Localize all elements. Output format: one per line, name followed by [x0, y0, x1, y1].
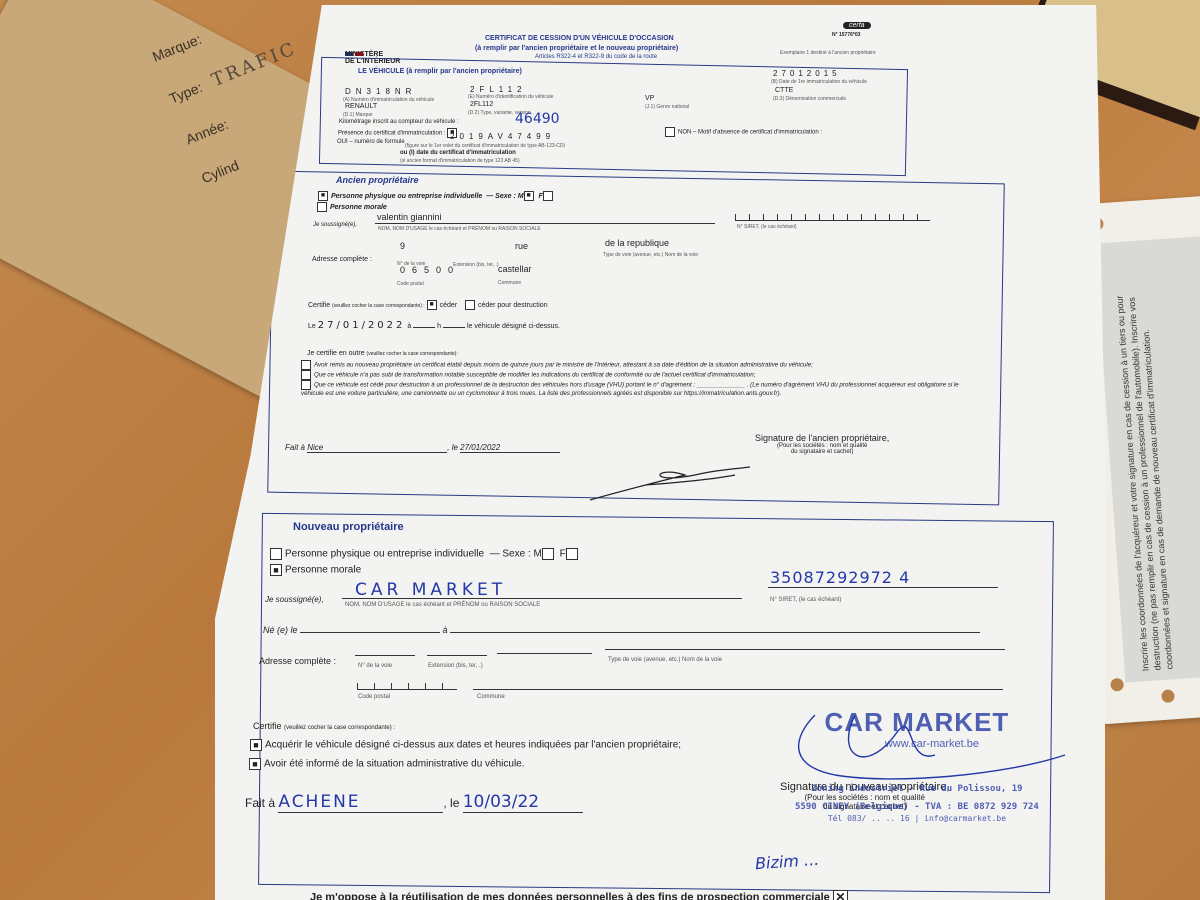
new-address-label: Adresse complète : [259, 656, 336, 666]
type-variant-field[interactable]: 2FL112 [470, 101, 493, 108]
envelope-label-type: Type: [167, 79, 205, 107]
former-date-row: Le 27/01/2022 à h le véhicule désigné ci… [308, 320, 560, 331]
certificate-presence: Présence du certificat d'immatriculation… [338, 128, 460, 138]
new-done-row: Fait à ACHENE, le 10/03/22 [245, 792, 583, 813]
former-certify-row: Certifie (veuillez cocher la case corres… [308, 300, 548, 310]
former-siret-field[interactable] [735, 214, 930, 221]
optout-checkbox[interactable]: ✕ [833, 890, 848, 900]
former-undersigned-label: Je soussigné(e), [313, 222, 357, 228]
former-street-label: Type de voie (avenue, etc.) Nom de la vo… [603, 252, 698, 258]
brand-label: (D.1) Marque [343, 112, 372, 118]
formula-number-field[interactable]: 2019AV47499 [450, 132, 555, 141]
additionally-heading: Je certifie en outre (veuillez cocher la… [307, 350, 458, 357]
new-born-place[interactable] [450, 632, 980, 633]
cede-destruction-checkbox[interactable] [465, 300, 475, 310]
former-postal-code-label: Code postal [397, 281, 424, 287]
new-name-field[interactable]: CAR MARKET [355, 580, 506, 600]
first-registration-date-field[interactable]: 27012015 [773, 69, 841, 78]
new-street-type[interactable] [497, 645, 592, 654]
formula-note: (figure sur le 1er volet du certificat d… [405, 143, 565, 149]
new-city[interactable] [473, 681, 1003, 690]
no-certificate-option[interactable]: NON – Motif d'absence de certificat d'im… [665, 127, 822, 137]
former-legal-person[interactable]: Personne morale [317, 202, 387, 212]
vin-field[interactable]: 2FL112 [470, 85, 527, 94]
former-date-field[interactable]: 27/01/2022 [318, 320, 406, 331]
new-street-label: Type de voie (avenue, etc.) Nom de la vo… [608, 657, 722, 663]
new-extension[interactable] [427, 647, 487, 656]
cerfa-badge: cerfa [843, 22, 871, 29]
cession-certificate-form: MINISTÈRE DE L'INTÉRIEUR CERTIFICAT DE C… [215, 5, 1105, 900]
new-siret-label: N° SIRET, (le cas échéant) [770, 597, 841, 603]
optout-row[interactable]: Je m'oppose à la réutilisation de mes do… [310, 890, 851, 900]
new-sex-f-checkbox[interactable] [566, 548, 578, 560]
registration-field[interactable]: DN318NR [345, 87, 416, 96]
brand-field[interactable]: RENAULT [345, 103, 377, 110]
new-legal-person[interactable]: ■Personne morale [270, 564, 361, 576]
yes-label: OUI – numéro de formule [337, 139, 405, 145]
former-street-type[interactable]: rue [515, 241, 528, 251]
extra-cert-1[interactable]: Avoir remis au nouveau propriétaire un c… [301, 360, 961, 370]
new-extension-label: Extension (bis, ter, .) [428, 663, 483, 669]
vin-label: (E) Numéro d'identification du véhicule [468, 94, 553, 100]
former-name-note: NOM, NOM D'USAGE le cas échéant et PRÉNO… [378, 226, 541, 232]
former-sex-f-checkbox[interactable] [543, 191, 553, 201]
former-city-label: Commune [498, 280, 521, 286]
new-street-number-label: N° de la voie [358, 663, 392, 669]
former-name-field[interactable]: valentin giannini [377, 212, 717, 222]
form-title: CERTIFICAT DE CESSION D'UN VÉHICULE D'OC… [485, 35, 674, 42]
new-siret-field[interactable]: 35087292972 4 [770, 568, 910, 587]
new-cert-acquire[interactable]: ■Acquérir le véhicule désigné ci-dessus … [250, 739, 681, 751]
former-siret-label: N° SIRET, (le cas échéant) [737, 224, 797, 230]
former-sex-m-checkbox[interactable]: ■ [524, 191, 534, 201]
new-legal-checkbox[interactable]: ■ [270, 564, 282, 576]
former-street-number[interactable]: 9 [400, 241, 405, 251]
new-physical-person[interactable]: Personne physique ou entreprise individu… [270, 548, 581, 560]
new-done-on[interactable]: 10/03/22 [463, 792, 583, 813]
new-postal-code[interactable] [357, 683, 457, 690]
former-done-row: Fait à Nice, le 27/01/2022 [285, 443, 560, 453]
new-owner-title: Nouveau propriétaire [290, 521, 407, 533]
mileage-field[interactable]: 46490 [515, 111, 560, 127]
former-physical-person[interactable]: ■Personne physique ou entreprise individ… [318, 191, 556, 201]
former-physical-checkbox[interactable]: ■ [318, 191, 328, 201]
envelope-type-value: TRAFIC [209, 38, 300, 91]
form-subtitle: (à remplir par l'ancien propriétaire et … [475, 45, 678, 52]
former-street-name[interactable]: de la republique [605, 238, 669, 248]
new-postal-code-label: Code postal [358, 694, 390, 700]
new-street-number[interactable] [355, 647, 415, 656]
stamp-contact: Tél 083/ .. .. 16 | info@carmarket.be [795, 814, 1039, 823]
former-owner-title: Ancien propriétaire [333, 175, 422, 185]
cerfa-number: N° 15776*03 [832, 32, 860, 38]
new-born-date[interactable] [300, 632, 440, 633]
commercial-name-field[interactable]: CTTE [775, 87, 793, 94]
new-born-row: Né (e) le à [263, 625, 980, 635]
extra-certifications: Avoir remis au nouveau propriétaire un c… [301, 360, 961, 399]
new-signature-scribble [775, 695, 1075, 805]
genre-field[interactable]: VP [645, 95, 654, 102]
or-date-note: (si ancien format d'immatriculation de t… [400, 158, 520, 164]
new-physical-checkbox[interactable] [270, 548, 282, 560]
new-sex-m-checkbox[interactable] [542, 548, 554, 560]
new-certify-heading: Certifie (veuillez cocher la case corres… [253, 721, 395, 731]
form-articles: Articles R322-4 et R322-9 du code de la … [535, 54, 657, 60]
first-registration-label: (B) Date de 1re immatriculation du véhic… [771, 79, 867, 85]
extra-cert-2[interactable]: Que ce véhicule n'a pas subi de transfor… [301, 370, 961, 380]
former-signature-scribble [585, 455, 755, 505]
former-signature-block: Signature de l'ancien propriétaire, (Pou… [755, 433, 889, 455]
new-undersigned-label: Je soussigné(e), [265, 595, 324, 604]
new-name-note: NOM, NOM D'USAGE le cas échéant et PRÉNO… [345, 602, 540, 608]
former-done-at[interactable]: Nice [307, 443, 447, 453]
new-done-at[interactable]: ACHENE [278, 792, 443, 813]
extra-cert-3[interactable]: Que ce véhicule est cédé pour destructio… [301, 380, 961, 399]
new-street-name[interactable] [605, 641, 1005, 650]
former-postal-code[interactable]: 06500 [400, 265, 460, 275]
or-date-label: ou (I) date du certificat d'immatriculat… [400, 150, 516, 156]
former-done-on[interactable]: 27/01/2022 [460, 443, 560, 453]
former-city[interactable]: castellar [498, 264, 532, 274]
vehicle-section-title: LE VÉHICULE (à remplir par l'ancien prop… [355, 68, 525, 75]
genre-label: (J.1) Genre national [645, 104, 689, 110]
cede-checkbox[interactable]: ■ [427, 300, 437, 310]
copy-note: Exemplaire 1 destiné à l'ancien propriét… [780, 50, 876, 56]
former-address-label: Adresse complète : [312, 256, 372, 263]
new-city-label: Commune [477, 694, 505, 700]
mileage-label: Kilométrage inscrit au compteur du véhic… [339, 119, 459, 125]
new-cert-informed[interactable]: ■Avoir été informé de la situation admin… [249, 758, 525, 770]
commercial-label: (D.3) Dénomination commerciale [773, 96, 846, 102]
